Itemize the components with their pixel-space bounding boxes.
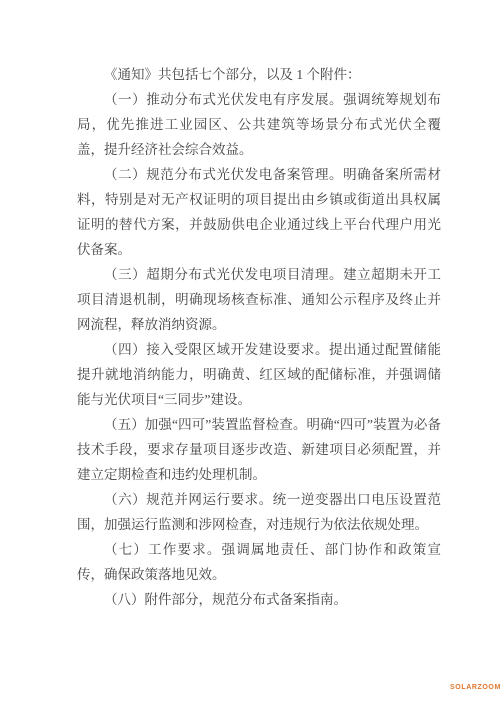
paragraph-section-7: （七）工作要求。强调属地责任、部门协作和政策宣传，确保政策落地见效。 <box>77 537 441 587</box>
document-page: 《通知》共包括七个部分，以及 1 个附件： （一）推动分布式光伏发电有序发展。强… <box>0 0 500 706</box>
paragraph-section-5: （五）加强“四可”装置监督检查。明确“四可”装置为必备技术手段，要求存量项目逐步… <box>77 412 441 487</box>
document-body: 《通知》共包括七个部分，以及 1 个附件： （一）推动分布式光伏发电有序发展。强… <box>77 62 441 612</box>
solarzoom-watermark: SOLARZOOM <box>450 684 500 691</box>
paragraph-section-4: （四）接入受限区域开发建设要求。提出通过配置储能提升就地消纳能力，明确黄、红区域… <box>77 337 441 412</box>
paragraph-section-8: （八）附件部分，规范分布式备案指南。 <box>77 587 441 612</box>
paragraph-intro: 《通知》共包括七个部分，以及 1 个附件： <box>77 62 441 87</box>
paragraph-section-3: （三）超期分布式光伏发电项目清理。建立超期未开工项目清退机制，明确现场核查标准、… <box>77 262 441 337</box>
paragraph-section-1: （一）推动分布式光伏发电有序发展。强调统筹规划布局，优先推进工业园区、公共建筑等… <box>77 87 441 162</box>
paragraph-section-2: （二）规范分布式光伏发电备案管理。明确备案所需材料，特别是对无产权证明的项目提出… <box>77 162 441 262</box>
paragraph-section-6: （六）规范并网运行要求。统一逆变器出口电压设置范围，加强运行监测和涉网检查，对违… <box>77 487 441 537</box>
